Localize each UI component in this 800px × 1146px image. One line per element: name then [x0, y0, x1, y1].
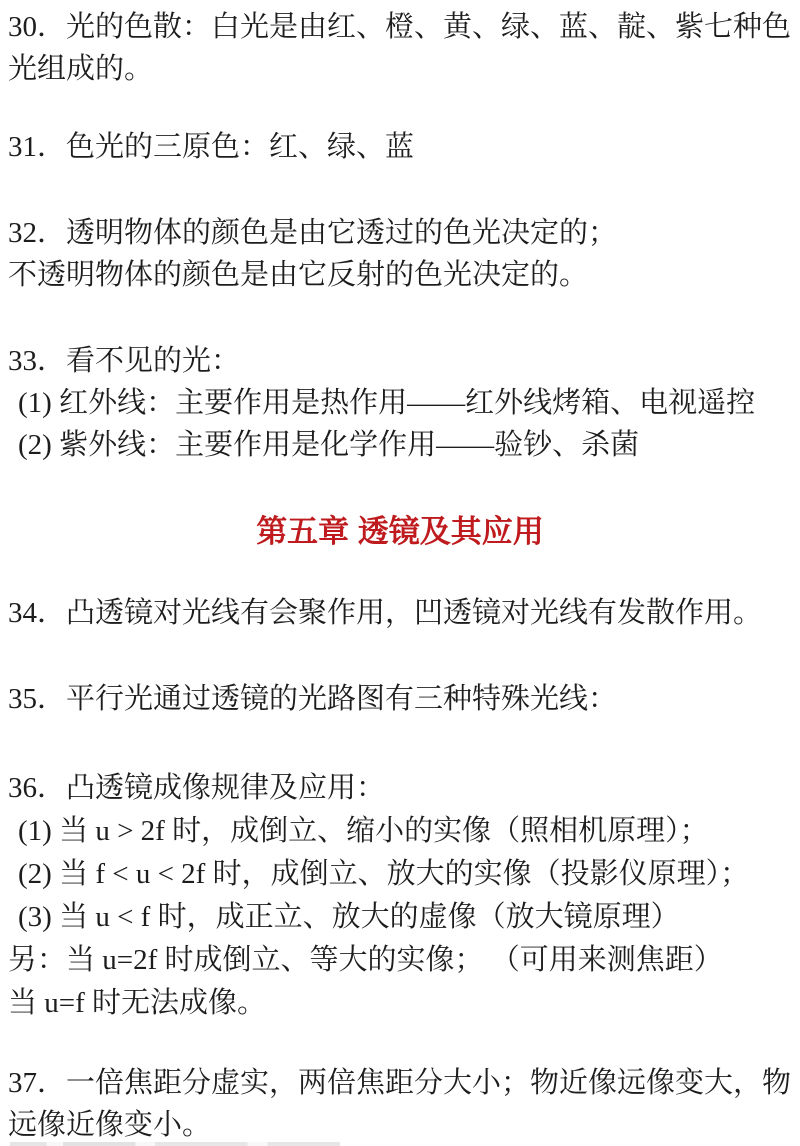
note-item-34: 34．凸透镜对光线有会聚作用，凹透镜对光线有发散作用。	[8, 592, 798, 634]
note-item-33: 33．看不见的光： (1) 红外线：主要作用是热作用——红外线烤箱、电视遥控 (…	[8, 340, 798, 466]
note-item-31: 31．色光的三原色：红、绿、蓝	[8, 126, 798, 168]
text-line: 光组成的。	[8, 48, 798, 90]
text-line-sub-1: (1) 红外线：主要作用是热作用——红外线烤箱、电视遥控	[8, 382, 798, 424]
chapter-heading: 第五章 透镜及其应用	[0, 511, 800, 553]
note-item-37: 37．一倍焦距分虚实，两倍焦距分大小；物近像远像变大，物 远像近像变小。	[8, 1062, 798, 1146]
text-line-sub-3: (3) 当 u < f 时，成正立、放大的虚像（放大镜原理）	[8, 896, 798, 939]
text-line: 33．看不见的光：	[8, 340, 798, 382]
text-line: 远像近像变小。	[8, 1104, 798, 1146]
text-line: 37．一倍焦距分虚实，两倍焦距分大小；物近像远像变大，物	[8, 1062, 798, 1104]
note-item-30: 30．光的色散：白光是由红、橙、黄、绿、蓝、靛、紫七种色 光组成的。	[8, 6, 798, 90]
text-line: 30．光的色散：白光是由红、橙、黄、绿、蓝、靛、紫七种色	[8, 6, 798, 48]
text-line: 36．凸透镜成像规律及应用：	[8, 767, 798, 810]
cutoff-next-line-artifact	[10, 1142, 340, 1146]
document-page: 30．光的色散：白光是由红、橙、黄、绿、蓝、靛、紫七种色 光组成的。 31．色光…	[0, 0, 800, 1146]
text-line: 32．透明物体的颜色是由它透过的色光决定的；	[8, 212, 798, 254]
text-line: 31．色光的三原色：红、绿、蓝	[8, 126, 798, 168]
text-line-sub-2: (2) 紫外线：主要作用是化学作用——验钞、杀菌	[8, 424, 798, 466]
note-item-35: 35．平行光通过透镜的光路图有三种特殊光线：	[8, 678, 798, 720]
text-line: 35．平行光通过透镜的光路图有三种特殊光线：	[8, 678, 798, 720]
note-item-32: 32．透明物体的颜色是由它透过的色光决定的； 不透明物体的颜色是由它反射的色光决…	[8, 212, 798, 296]
text-line: 不透明物体的颜色是由它反射的色光决定的。	[8, 254, 798, 296]
text-line-note: 另：当 u=2f 时成倒立、等大的实像； （可用来测焦距）	[8, 939, 798, 982]
note-item-36: 36．凸透镜成像规律及应用： (1) 当 u > 2f 时，成倒立、缩小的实像（…	[8, 767, 798, 1025]
text-line-sub-1: (1) 当 u > 2f 时，成倒立、缩小的实像（照相机原理）；	[8, 810, 798, 853]
text-line-note: 当 u=f 时无法成像。	[8, 982, 798, 1025]
text-line: 34．凸透镜对光线有会聚作用，凹透镜对光线有发散作用。	[8, 592, 798, 634]
text-line-sub-2: (2) 当 f < u < 2f 时，成倒立、放大的实像（投影仪原理）；	[8, 853, 798, 896]
